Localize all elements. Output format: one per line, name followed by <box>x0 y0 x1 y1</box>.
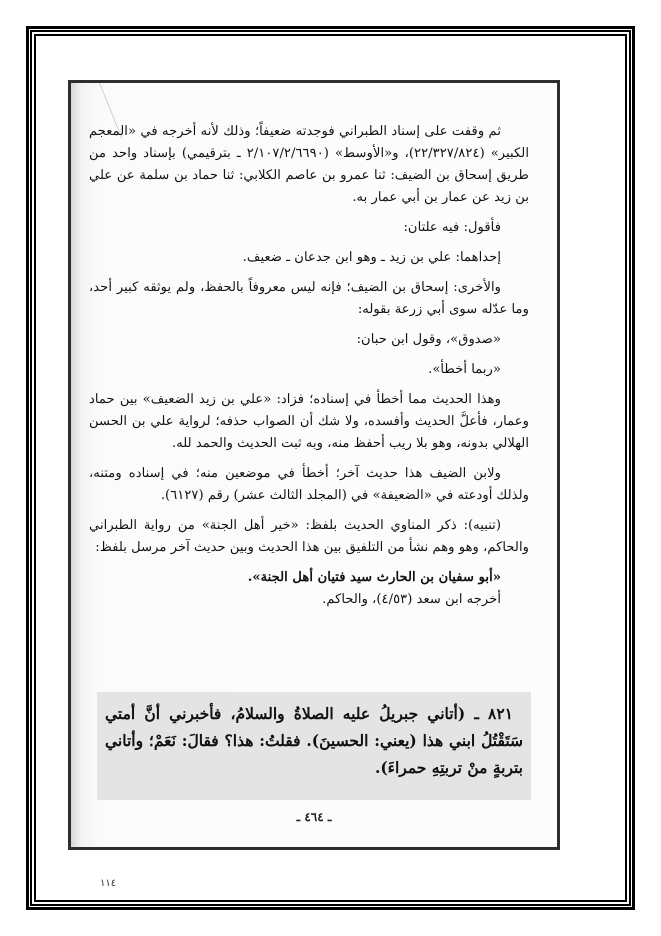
scanned-book-page: ثم وقفت على إسناد الطبراني فوجدته ضعيفاً… <box>68 80 560 850</box>
page-body-text: ثم وقفت على إسناد الطبراني فوجدته ضعيفاً… <box>89 121 529 611</box>
hadith-text: ٨٢١ ـ (أتاني جبريلُ عليه الصلاةُ والسلام… <box>105 700 523 781</box>
document-page-number: ١١٤ <box>100 878 116 889</box>
paragraph-isnad-error: وهذا الحديث مما أخطأ في إسناده؛ فزاد: «ع… <box>89 389 529 455</box>
paragraph-tanbih-note: (تنبيه): ذكر المناوي الحديث بلفظ: «خير أ… <box>89 515 529 559</box>
paragraph-tabarani-chain: ثم وقفت على إسناد الطبراني فوجدته ضعيفاً… <box>89 121 529 209</box>
book-page-number: ـ ٤٦٤ ـ <box>71 810 557 824</box>
hadith-821-text: ٨٢١ ـ (أتاني جبريلُ عليه الصلاةُ والسلام… <box>105 700 523 781</box>
paragraph-second-defect: والأخرى: إسحاق بن الضيف؛ فإنه ليس معروفا… <box>89 277 529 321</box>
paragraph-rubbama-akhta: «ربما أخطأ». <box>89 359 529 381</box>
paragraph-abu-sufyan-quote: «أبو سفيان بن الحارث سيد فتيان أهل الجنة… <box>89 567 529 589</box>
paragraph-another-hadith: ولابن الضيف هذا حديث آخر؛ أخطأ في موضعين… <box>89 463 529 507</box>
paragraph-two-defects: فأقول: فيه علتان: <box>89 217 529 239</box>
paragraph-first-defect: إحداهما: علي بن زيد ـ وهو ابن جدعان ـ ضع… <box>89 247 529 269</box>
paragraph-ibn-saad-citation: أخرجه ابن سعد (٤/٥٣)، والحاكم. <box>89 589 529 611</box>
paragraph-saduq-quote: «صدوق»، وقول ابن حبان: <box>89 329 529 351</box>
